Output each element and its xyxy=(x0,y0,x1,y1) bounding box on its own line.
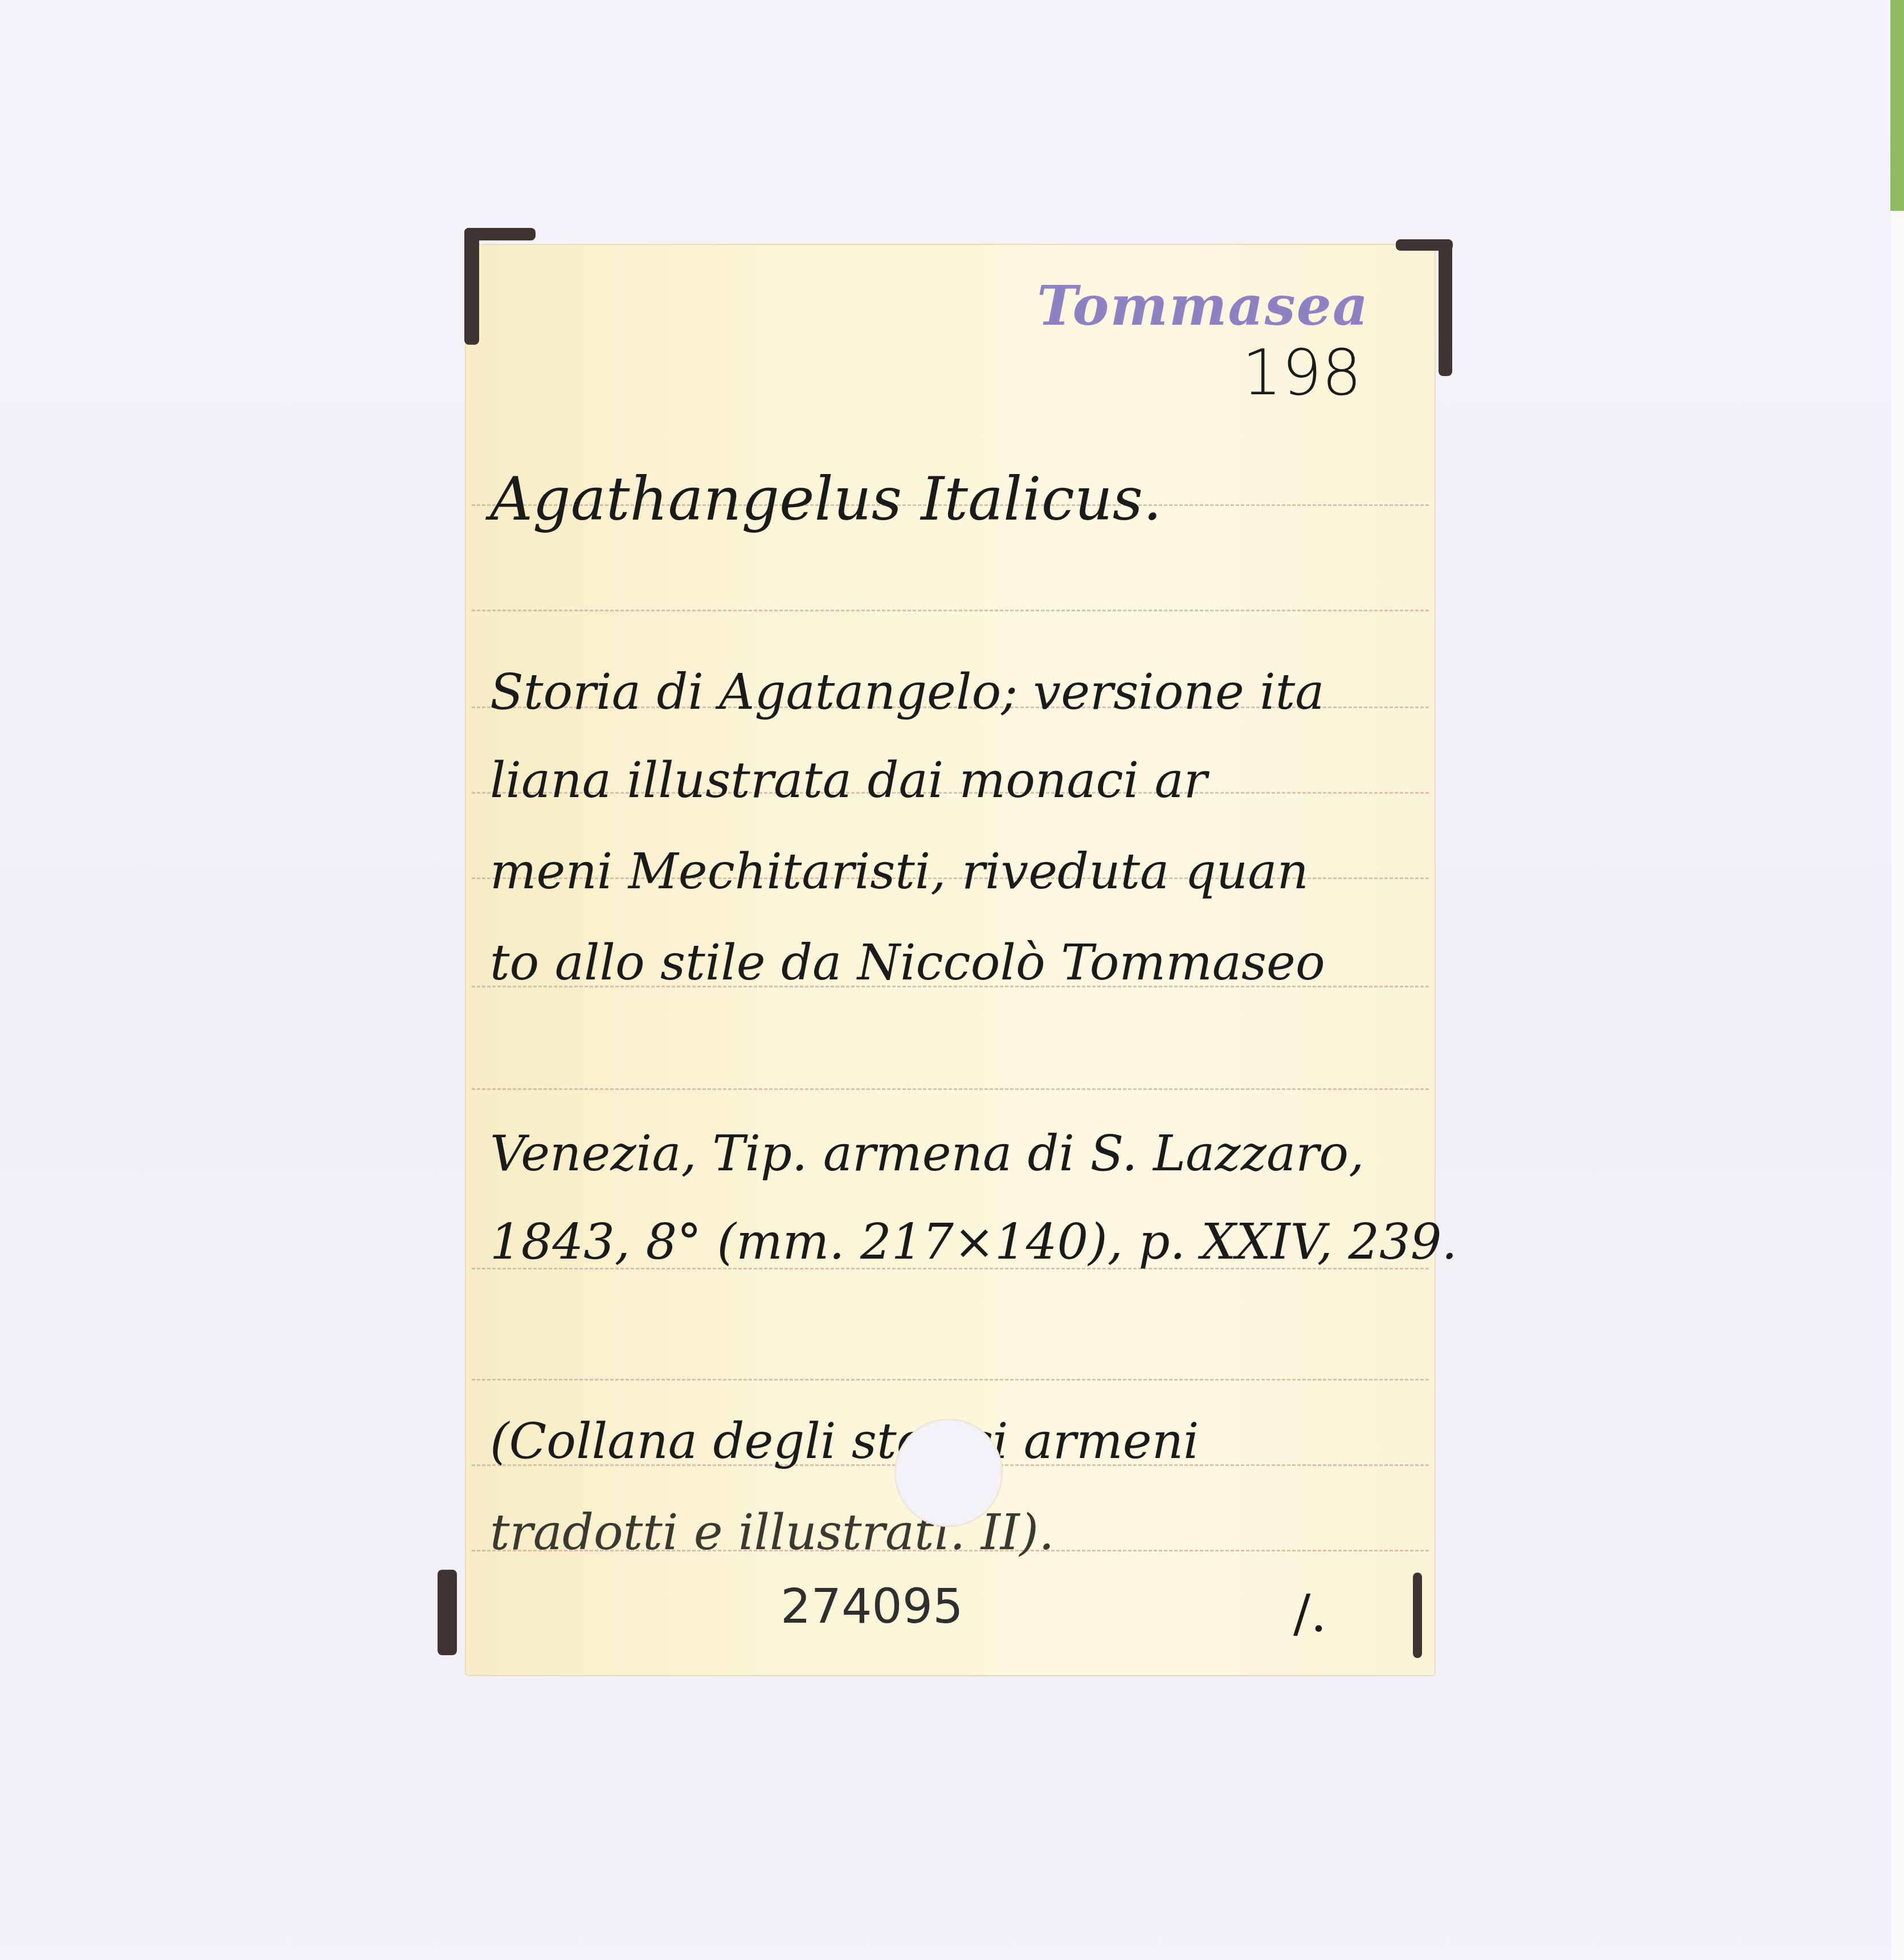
description-line: meni Mechitaristi, riveduta quan xyxy=(490,843,1309,900)
accession-number: 274095 xyxy=(781,1578,963,1634)
description-line: to allo stile da Niccolò Tommaseo xyxy=(490,934,1325,991)
green-edge-tab xyxy=(1890,0,1904,211)
series-line: (Collana degli storici armeni xyxy=(490,1413,1199,1470)
ruled-line xyxy=(472,610,1429,611)
corner-clip-bottom-right xyxy=(1413,1573,1422,1658)
corner-clip-bottom-left xyxy=(438,1570,457,1655)
corner-clip-top-left xyxy=(464,228,536,240)
description-line: liana illustrata dai monaci ar xyxy=(490,752,1207,809)
imprint-line: 1843, 8° (mm. 217×140), p. XXIV, 239. xyxy=(490,1214,1457,1271)
card-title: Agathangelus Italicus. xyxy=(490,464,1162,534)
shelf-number: 198 xyxy=(1242,336,1362,409)
ruled-line xyxy=(472,1379,1429,1381)
corner-mark: /. xyxy=(1293,1584,1327,1644)
ruled-line xyxy=(472,1088,1429,1090)
corner-clip-top-right xyxy=(1439,239,1452,376)
imprint-line: Venezia, Tip. armena di S. Lazzaro, xyxy=(490,1125,1364,1182)
author-stamp: Tommasea xyxy=(1037,273,1369,338)
punch-hole xyxy=(894,1419,1003,1527)
description-line: Storia di Agatangelo; versione ita xyxy=(490,664,1325,721)
right-margin-strip xyxy=(1891,211,1904,1960)
corner-clip-top-left xyxy=(464,228,479,345)
